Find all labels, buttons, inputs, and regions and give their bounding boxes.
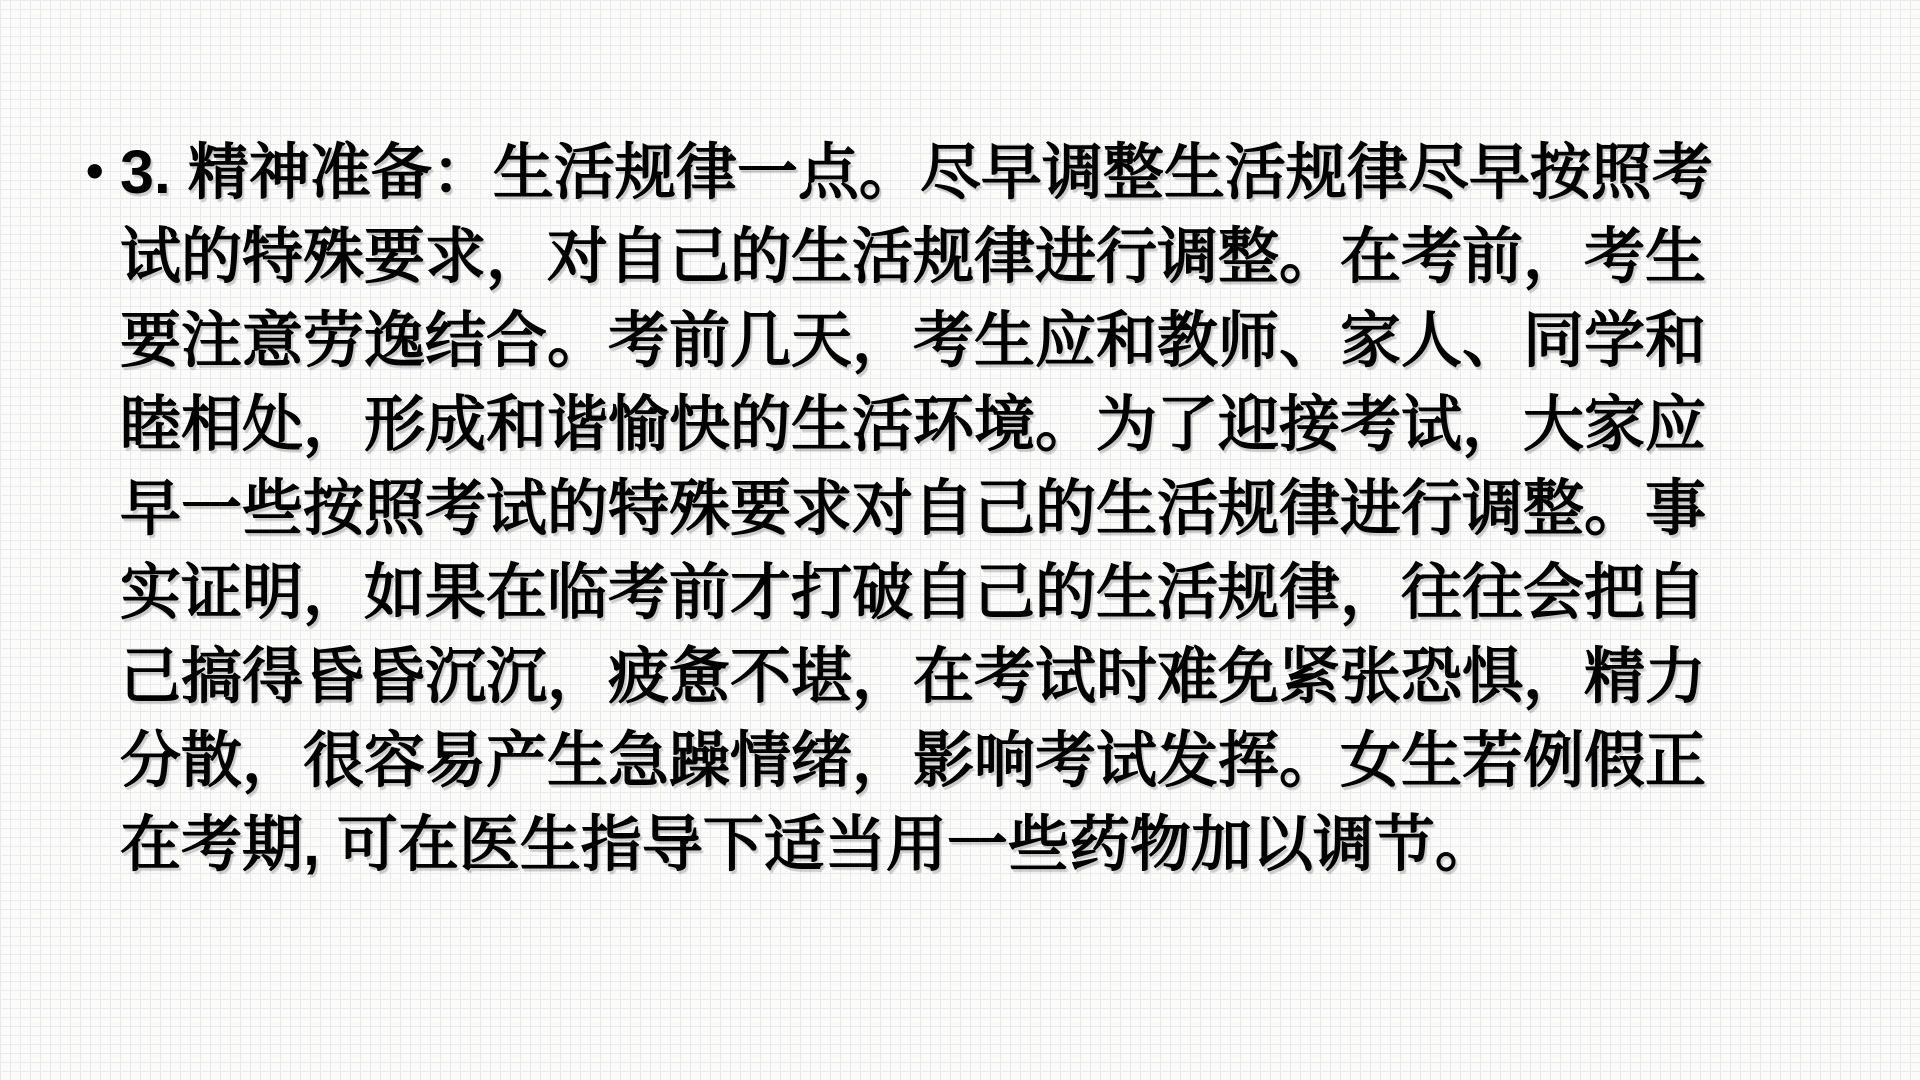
paragraph-line-2: 试的特殊要求，对自己的生活规律进行调整。在考前，考生 (86, 214, 1786, 298)
paragraph-line-8: 分散，很容易产生急躁情绪，影响考试发挥。女生若例假正 (86, 718, 1786, 802)
presentation-slide: •3. 精神准备：生活规律一点。尽早调整生活规律尽早按照考 试的特殊要求，对自己… (0, 0, 1920, 1080)
bullet-paragraph: •3. 精神准备：生活规律一点。尽早调整生活规律尽早按照考 试的特殊要求，对自己… (86, 130, 1786, 886)
paragraph-line-6: 实证明，如果在临考前才打破自己的生活规律，往往会把自 (86, 550, 1786, 634)
bullet-icon: • (86, 129, 120, 213)
paragraph-line-5: 早一些按照考试的特殊要求对自己的生活规律进行调整。事 (86, 466, 1786, 550)
paragraph-line-9: 在考期, 可在医生指导下适当用一些药物加以调节。 (86, 802, 1786, 886)
paragraph-line-3: 要注意劳逸结合。考前几天，考生应和教师、家人、同学和 (86, 298, 1786, 382)
paragraph-line-4: 睦相处，形成和谐愉快的生活环境。为了迎接考试，大家应 (86, 382, 1786, 466)
paragraph-line-1: •3. 精神准备：生活规律一点。尽早调整生活规律尽早按照考 (86, 130, 1786, 214)
paragraph-line-1-text: 3. 精神准备：生活规律一点。尽早调整生活规律尽早按照考 (120, 138, 1713, 206)
paragraph-line-7: 己搞得昏昏沉沉，疲惫不堪，在考试时难免紧张恐惧，精力 (86, 634, 1786, 718)
